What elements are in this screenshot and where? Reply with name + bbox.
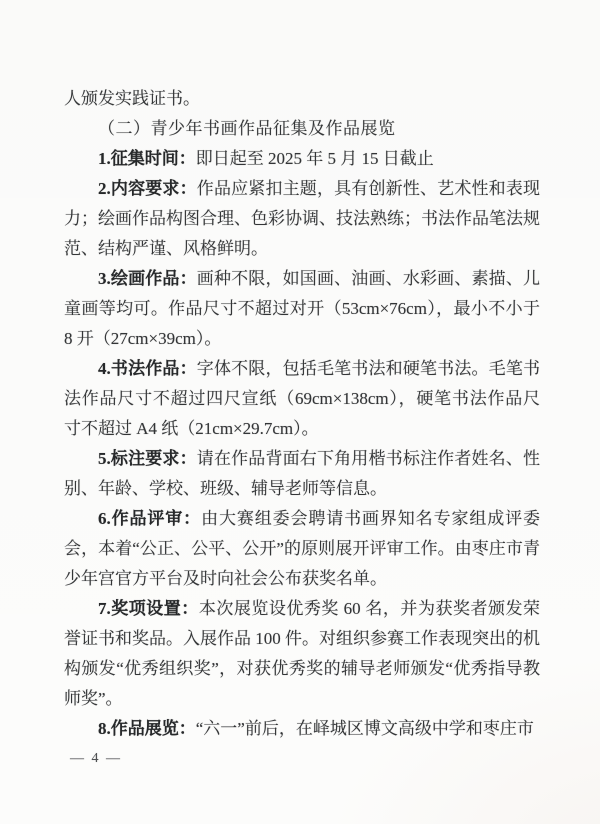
document-body: 人颁发实践证书。（二）青少年书画作品征集及作品展览1.征集时间：即日起至 202… bbox=[64, 84, 540, 744]
paragraph: 8.作品展览：“六一”前后，在峄城区博文高级中学和枣庄市 bbox=[64, 714, 540, 744]
paragraph: 2.内容要求：作品应紧扣主题，具有创新性、艺术性和表现力；绘画作品构图合理、色彩… bbox=[64, 174, 540, 264]
paragraph: 人颁发实践证书。 bbox=[64, 84, 540, 114]
paragraph-label: 3.绘画作品： bbox=[98, 269, 197, 288]
paragraph: 5.标注要求：请在作品背面右下角用楷书标注作者姓名、性别、年龄、学校、班级、辅导… bbox=[64, 444, 540, 504]
paragraph-label: 7.奖项设置： bbox=[98, 599, 199, 618]
paragraph-label: 6.作品评审： bbox=[98, 509, 201, 528]
page-number: — 4 — bbox=[70, 751, 122, 767]
paragraph: 4.书法作品：字体不限，包括毛笔书法和硬笔书法。毛笔书法作品尺寸不超过四尺宣纸（… bbox=[64, 354, 540, 444]
paragraph: 1.征集时间：即日起至 2025 年 5 月 15 日截止 bbox=[64, 144, 540, 174]
paragraph-text: “六一”前后，在峄城区博文高级中学和枣庄市 bbox=[196, 719, 534, 738]
section-heading: （二）青少年书画作品征集及作品展览 bbox=[64, 114, 540, 144]
paragraph-text: 即日起至 2025 年 5 月 15 日截止 bbox=[196, 149, 434, 168]
paragraph-label: 2.内容要求： bbox=[98, 179, 197, 198]
paragraph-label: 1.征集时间： bbox=[98, 149, 196, 168]
paragraph-text: 人颁发实践证书。 bbox=[64, 89, 200, 108]
document-page: 人颁发实践证书。（二）青少年书画作品征集及作品展览1.征集时间：即日起至 202… bbox=[0, 0, 600, 824]
paragraph: 6.作品评审：由大赛组委会聘请书画界知名专家组成评委会，本着“公正、公平、公开”… bbox=[64, 504, 540, 594]
paragraph-label: 8.作品展览： bbox=[98, 719, 196, 738]
paragraph-text: （二）青少年书画作品征集及作品展览 bbox=[98, 119, 396, 138]
paragraph-label: 4.书法作品： bbox=[98, 359, 197, 378]
paragraph: 3.绘画作品：画种不限，如国画、油画、水彩画、素描、儿童画等均可。作品尺寸不超过… bbox=[64, 264, 540, 354]
paragraph-label: 5.标注要求： bbox=[98, 449, 197, 468]
paragraph: 7.奖项设置：本次展览设优秀奖 60 名，并为获奖者颁发荣誉证书和奖品。入展作品… bbox=[64, 594, 540, 714]
